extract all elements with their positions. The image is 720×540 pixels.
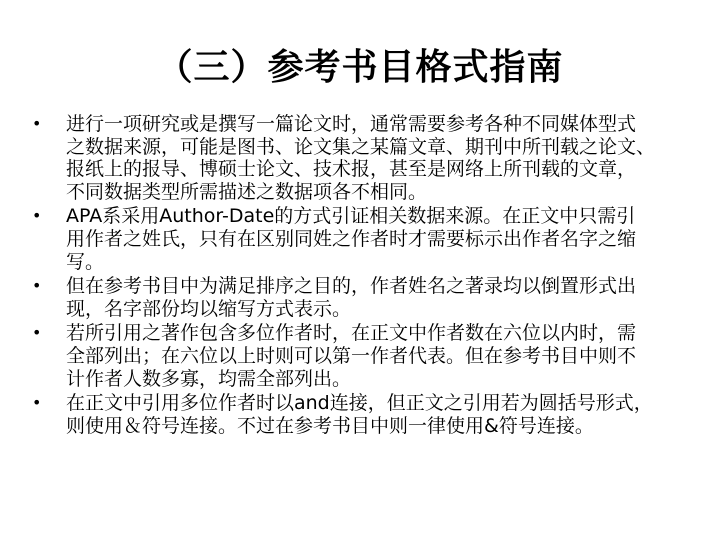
bullet-text-line: 若所引用之著作包含多位作者时，在正文中作者数在六位以内时，需 [66, 322, 688, 345]
bullet-text-line: 进行一项研究或是撰写一篇论文时，通常需要参考各种不同媒体型式 [66, 113, 688, 136]
slide-title: （三）参考书目格式指南 [0, 40, 720, 96]
bullet-icon: • [32, 392, 41, 415]
bullet-text-line: 不同数据类型所需描述之数据项各不相同。 [66, 181, 688, 204]
bullet-icon: • [32, 322, 41, 345]
bullet-text-line: 之数据来源，可能是图书、论文集之某篇文章、期刊中所刊载之论文、 [66, 136, 688, 159]
bullet-list: • 进行一项研究或是撰写一篇论文时，通常需要参考各种不同媒体型式 之数据来源，可… [28, 113, 688, 439]
bullet-item-1: • 进行一项研究或是撰写一篇论文时，通常需要参考各种不同媒体型式 之数据来源，可… [28, 113, 688, 203]
bullet-item-3: • 但在参考书目中为满足排序之目的，作者姓名之著录均以倒置形式出 现，名字部份均… [28, 275, 688, 320]
bullet-text-line: 现，名字部份均以缩写方式表示。 [66, 298, 688, 321]
bullet-icon: • [32, 275, 41, 298]
bullet-item-5: • 在正文中引用多位作者时以and连接，但正文之引用若为圆括号形式， 则使用＆符… [28, 392, 688, 437]
bullet-text-line: APA系采用Author-Date的方式引证相关数据来源。在正文中只需引 [66, 205, 688, 228]
bullet-icon: • [32, 205, 41, 228]
bullet-icon: • [32, 113, 41, 136]
bullet-item-4: • 若所引用之著作包含多位作者时，在正文中作者数在六位以内时，需 全部列出；在六… [28, 322, 688, 390]
bullet-text-line: 则使用＆符号连接。不过在参考书目中则一律使用&符号连接。 [66, 415, 688, 438]
bullet-item-2: • APA系采用Author-Date的方式引证相关数据来源。在正文中只需引 用… [28, 205, 688, 273]
bullet-text-line: 在正文中引用多位作者时以and连接，但正文之引用若为圆括号形式， [66, 392, 688, 415]
bullet-text-line: 报纸上的报导、博硕士论文、技术报，甚至是网络上所刊载的文章， [66, 158, 688, 181]
bullet-text-line: 写。 [66, 251, 688, 274]
bullet-text-line: 但在参考书目中为满足排序之目的，作者姓名之著录均以倒置形式出 [66, 275, 688, 298]
bullet-text-line: 用作者之姓氏，只有在区别同姓之作者时才需要标示出作者名字之缩 [66, 228, 688, 251]
bullet-text-line: 计作者人数多寡，均需全部列出。 [66, 368, 688, 391]
bullet-text-line: 全部列出；在六位以上时则可以第一作者代表。但在参考书目中则不 [66, 345, 688, 368]
